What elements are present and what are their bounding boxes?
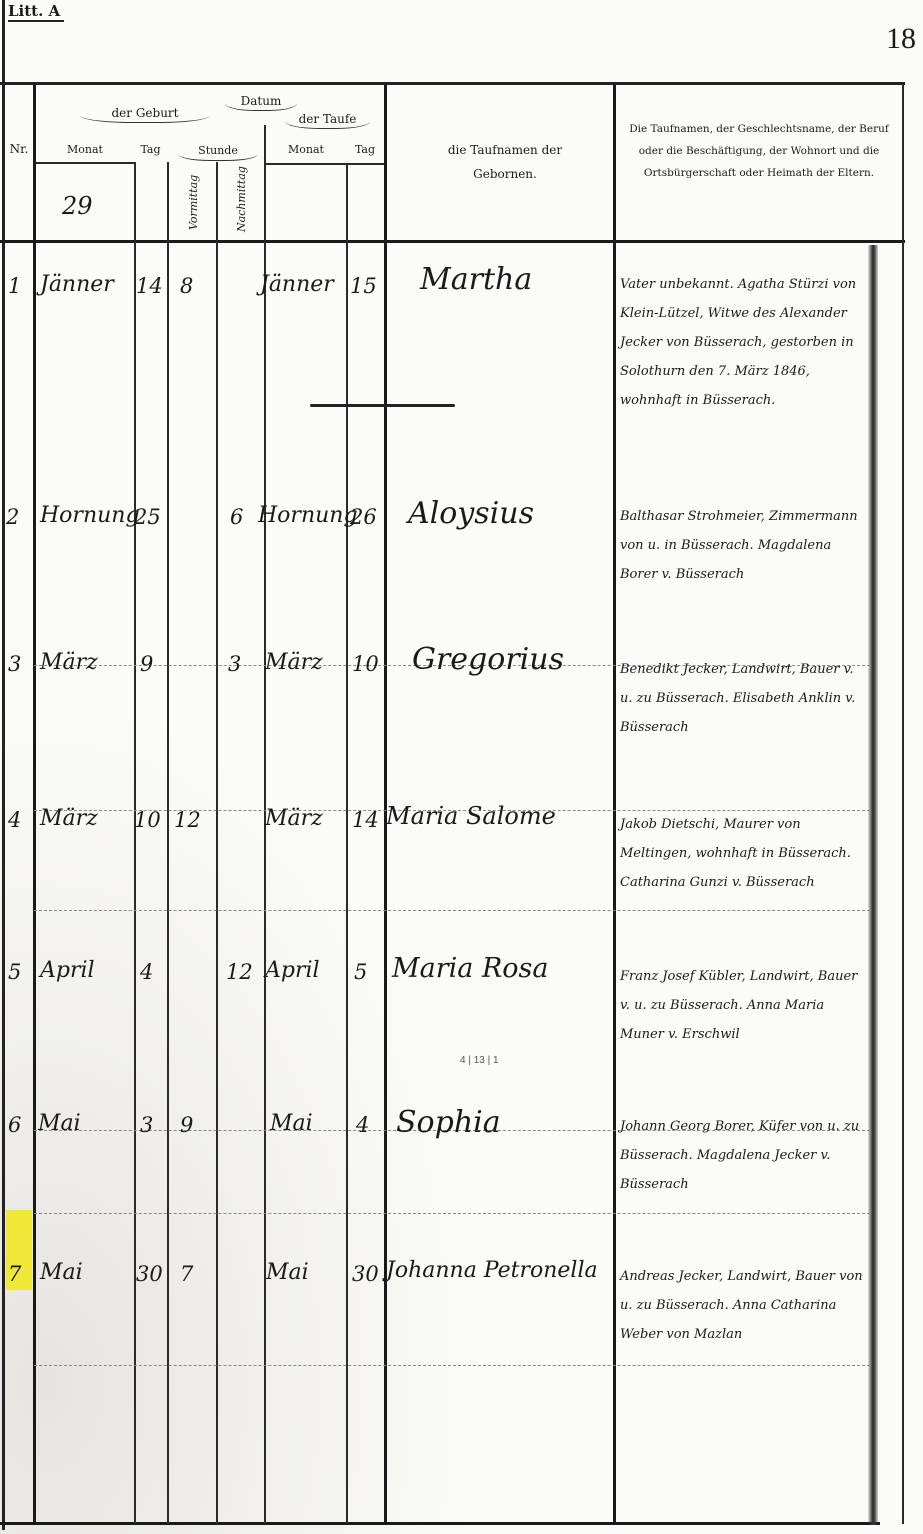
record-name: Martha xyxy=(420,262,532,297)
col-divider-names xyxy=(613,84,616,1524)
row-rule xyxy=(34,910,870,911)
col-divider-am xyxy=(216,162,218,1524)
record-name: Gregorius xyxy=(412,642,564,677)
header-vormittag: Vormittag xyxy=(186,166,208,238)
record-parents: Andreas Jecker, Landwirt, Bauer von u. z… xyxy=(620,1262,868,1349)
table-top-border xyxy=(0,82,905,85)
record-parents: Johann Georg Borer, Küfer von u. zu Büss… xyxy=(620,1112,868,1199)
record-baptism-month: Mai xyxy=(266,1260,309,1285)
section-label: Litt. A xyxy=(8,2,64,22)
record-nr: 1 xyxy=(8,274,21,298)
header-subline-baptism xyxy=(264,163,384,165)
page-number: 18 xyxy=(886,22,916,56)
record-name: Sophia xyxy=(396,1105,501,1140)
record-parents: Jakob Dietschi, Maurer von Meltingen, wo… xyxy=(620,810,868,897)
record-nr: 4 xyxy=(8,808,21,832)
header-datum: Datum xyxy=(225,92,297,111)
binding-shadow xyxy=(868,245,878,1525)
header-baptism-month: Monat xyxy=(266,142,346,159)
header-nr: Nr. xyxy=(4,140,34,158)
row-rule xyxy=(34,1213,870,1214)
header-birth-day: Tag xyxy=(134,142,167,159)
header-der-geburt: der Geburt xyxy=(80,104,210,123)
header-parents: Die Taufnamen, der Geschlechtsname, der … xyxy=(618,118,900,184)
record-baptism-month: Hornung xyxy=(258,503,358,528)
record-nr: 6 xyxy=(8,1113,21,1137)
col-divider-nr xyxy=(33,84,36,1524)
record-birth-month: Mai xyxy=(38,1111,81,1136)
record-hour-am: 9 xyxy=(180,1113,193,1137)
record-birth-day: 9 xyxy=(140,652,153,676)
record-baptism-month: Mai xyxy=(270,1111,313,1136)
record-nr: 7 xyxy=(8,1262,21,1286)
header-nachmittag: Nachmittag xyxy=(234,160,256,238)
record-baptism-day: 30 xyxy=(352,1262,379,1286)
record-name: Maria Salome xyxy=(386,802,556,830)
record-baptism-day: 15 xyxy=(350,274,377,298)
record-parents: Balthasar Strohmeier, Zimmermann von u. … xyxy=(620,502,868,589)
record-birth-month: Mai xyxy=(40,1260,83,1285)
record-name: Maria Rosa xyxy=(392,953,549,984)
record-birth-month: März xyxy=(40,806,98,831)
register-page: Litt. A 18 Nr. der Geburt Datum der Tauf… xyxy=(0,0,923,1534)
record-birth-month: Jänner xyxy=(40,272,114,297)
record-baptism-day: 10 xyxy=(352,652,379,676)
record-parents: Franz Josef Kübler, Landwirt, Bauer v. u… xyxy=(620,962,868,1049)
record-birth-month: April xyxy=(40,958,95,983)
record-baptism-day: 26 xyxy=(350,505,377,529)
record-baptism-day: 14 xyxy=(352,808,379,832)
record-birth-day: 4 xyxy=(140,960,153,984)
record-nr: 2 xyxy=(6,505,19,529)
col-divider-birth-day xyxy=(167,162,169,1524)
record-birth-day: 25 xyxy=(134,505,161,529)
handwritten-total: 29 xyxy=(62,192,93,220)
record-birth-day: 30 xyxy=(136,1262,163,1286)
record-birth-day: 10 xyxy=(134,808,161,832)
record-birth-day: 3 xyxy=(140,1113,153,1137)
header-birth-month: Monat xyxy=(40,142,130,159)
record-baptism-day: 5 xyxy=(354,960,367,984)
row-rule xyxy=(34,1365,870,1366)
header-stunde: Stunde xyxy=(178,143,258,161)
record-birth-day: 14 xyxy=(136,274,163,298)
marginal-cross-mark: 4 | 13 | 1 xyxy=(460,1055,499,1066)
right-border xyxy=(902,84,904,1524)
record-baptism-month: März xyxy=(265,806,323,831)
record-hour-am: 12 xyxy=(174,808,201,832)
left-border xyxy=(2,0,5,1530)
record-hour-am: 7 xyxy=(180,1262,193,1286)
record-parents: Vater unbekannt. Agatha Stürzi von Klein… xyxy=(620,270,868,415)
record-baptism-day: 4 xyxy=(356,1113,369,1137)
record-name: Aloysius xyxy=(408,496,534,531)
record-baptism-month: März xyxy=(265,650,323,675)
table-bottom-border xyxy=(0,1522,880,1525)
record-name: Johanna Petronella xyxy=(386,1258,598,1283)
header-baptism-day: Tag xyxy=(346,142,384,159)
record-nr: 5 xyxy=(8,960,21,984)
header-given-names: die Taufnamen der Gebornen. xyxy=(430,138,580,186)
record-nr: 3 xyxy=(8,652,21,676)
record-birth-month: März xyxy=(40,650,98,675)
col-divider-birth-month xyxy=(134,162,136,1524)
record-parents: Benedikt Jecker, Landwirt, Bauer v. u. z… xyxy=(620,655,868,742)
record-baptism-month: April xyxy=(265,958,320,983)
record-birth-month: Hornung xyxy=(40,503,140,528)
header-subline-birth xyxy=(34,162,134,164)
separator-stroke xyxy=(310,404,455,407)
record-hour-pm: 6 xyxy=(230,505,243,529)
record-hour-pm: 3 xyxy=(228,652,241,676)
record-baptism-month: Jänner xyxy=(260,272,334,297)
col-divider-baptism-month xyxy=(346,163,348,1524)
record-hour-am: 8 xyxy=(180,274,193,298)
header-der-taufe: der Taufe xyxy=(285,110,370,129)
record-hour-pm: 12 xyxy=(226,960,253,984)
